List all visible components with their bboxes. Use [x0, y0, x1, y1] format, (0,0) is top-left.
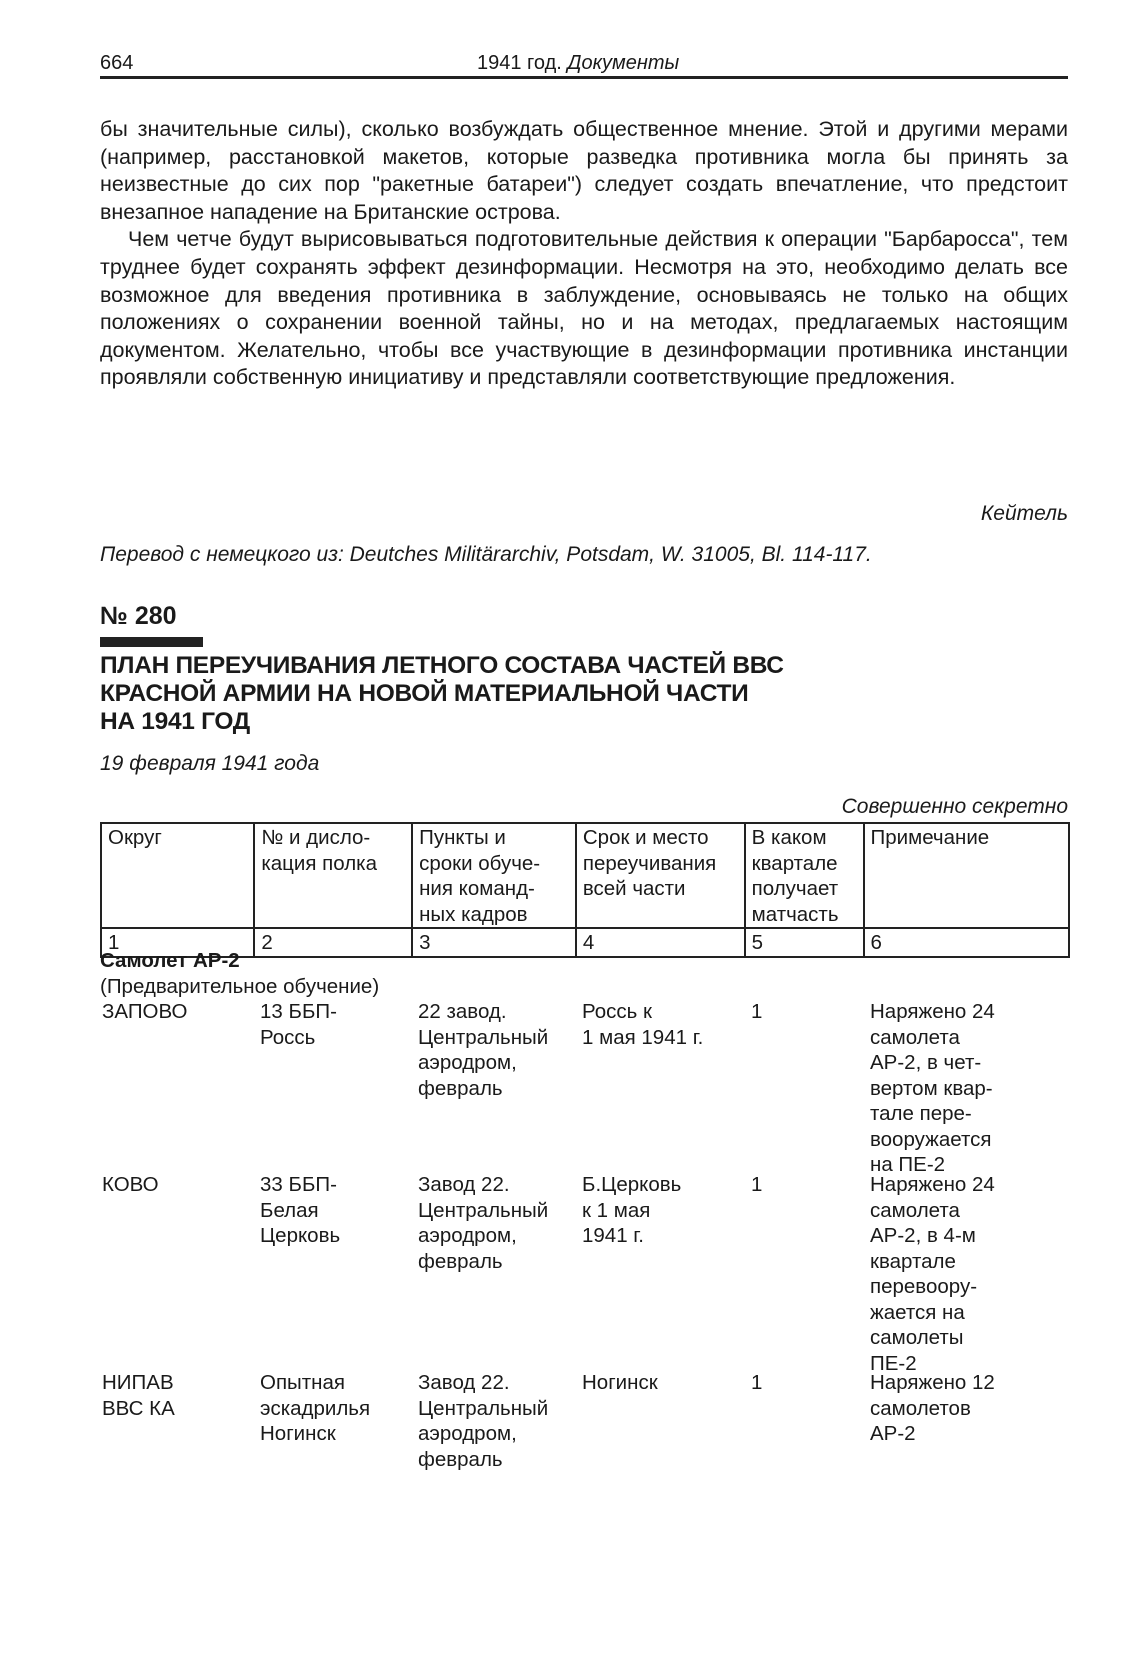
document-date: 19 февраля 1941 года	[100, 752, 319, 776]
cell-line: 33 ББП-	[260, 1172, 410, 1198]
table-cell: ЗАПОВО	[102, 999, 242, 1025]
header-line: матчасть	[752, 902, 858, 928]
header-line: Примечание	[871, 825, 1063, 851]
running-title-year: 1941 год.	[477, 52, 562, 74]
cell-line: квартале	[870, 1249, 1060, 1275]
classification-stamp: Совершенно секретно	[842, 795, 1068, 819]
table-cell: 33 ББП-БелаяЦерковь	[260, 1172, 410, 1249]
cell-line: 1	[751, 1370, 851, 1396]
cell-line: аэродром,	[418, 1421, 578, 1447]
cell-line: 1	[751, 999, 851, 1025]
cell-line: ЗАПОВО	[102, 999, 242, 1025]
table-cell: 1	[751, 1172, 851, 1198]
cell-line: аэродром,	[418, 1223, 578, 1249]
table-cell: НИПАВВВС КА	[102, 1370, 242, 1421]
table-cell: 1	[751, 1370, 851, 1396]
table-cell: Наряжено 24самолетаАР-2, в 4-мкварталепе…	[870, 1172, 1060, 1376]
document-title: ПЛАН ПЕРЕУЧИВАНИЯ ЛЕТНОГО СОСТАВА ЧАСТЕЙ…	[100, 652, 1000, 736]
cell-line: Белая	[260, 1198, 410, 1224]
table-section-header: Самолет АР-2 (Предварительное обучение)	[100, 948, 379, 999]
header-line: сроки обуче-	[419, 851, 570, 877]
table-cell: Ногинск	[582, 1370, 742, 1396]
cell-line: АР-2, в чет-	[870, 1050, 1060, 1076]
header-line: Срок и место	[583, 825, 739, 851]
header-line: Пункты и	[419, 825, 570, 851]
cell-line: самолета	[870, 1025, 1060, 1051]
header-line: № и дисло-	[261, 825, 406, 851]
document-number-bar	[100, 637, 203, 647]
cell-line: Центральный	[418, 1396, 578, 1422]
table-cell: Россь к1 мая 1941 г.	[582, 999, 742, 1050]
cell-line: февраль	[418, 1447, 578, 1473]
cell-line: тале пере-	[870, 1101, 1060, 1127]
cell-line: Ногинск	[260, 1421, 410, 1447]
cell-line: Завод 22.	[418, 1172, 578, 1198]
cell-line: к 1 мая	[582, 1198, 742, 1224]
cell-line: Наряжено 24	[870, 1172, 1060, 1198]
title-line: ПЛАН ПЕРЕУЧИВАНИЯ ЛЕТНОГО СОСТАВА ЧАСТЕЙ…	[100, 652, 1000, 680]
cell-line: Ногинск	[582, 1370, 742, 1396]
title-line: КРАСНОЙ АРМИИ НА НОВОЙ МАТЕРИАЛЬНОЙ ЧАСТ…	[100, 680, 1000, 708]
header-line: переучивания	[583, 851, 739, 877]
cell-line: эскадрилья	[260, 1396, 410, 1422]
title-line: НА 1941 ГОД	[100, 708, 1000, 736]
table-cell: ОпытнаяэскадрильяНогинск	[260, 1370, 410, 1447]
header-line: ных кадров	[419, 902, 570, 928]
cell-line: Церковь	[260, 1223, 410, 1249]
cell-line: НИПАВ	[102, 1370, 242, 1396]
column-header-3: Пункты исроки обуче-ния команд-ных кадро…	[412, 823, 576, 928]
table-cell: 1	[751, 999, 851, 1025]
cell-line: самолетов	[870, 1396, 1060, 1422]
section-title: Самолет АР-2	[100, 948, 379, 974]
cell-line: перевоору-	[870, 1274, 1060, 1300]
table-cell: 13 ББП-Россь	[260, 999, 410, 1050]
cell-line: АР-2, в 4-м	[870, 1223, 1060, 1249]
document-number: № 280	[100, 602, 177, 631]
header-line: Округ	[108, 825, 248, 851]
table-cell: Б.Церковьк 1 мая1941 г.	[582, 1172, 742, 1249]
source-note: Перевод с немецкого из: Deutches Militär…	[100, 543, 872, 567]
table-header-row: Округ№ и дисло-кация полкаПункты исроки …	[101, 823, 1069, 928]
paragraph-1: бы значительные силы), сколько возбуждат…	[100, 116, 1068, 226]
cell-line: Центральный	[418, 1198, 578, 1224]
header-line: В каком	[752, 825, 858, 851]
header-rule	[100, 76, 1068, 79]
column-header-4: Срок и местопереучиваниявсей части	[576, 823, 745, 928]
table-cell: Наряжено 24самолетаАР-2, в чет-вертом кв…	[870, 999, 1060, 1178]
cell-line: Опытная	[260, 1370, 410, 1396]
table-cell: Наряжено 12самолетовАР-2	[870, 1370, 1060, 1447]
table-cell: Завод 22.Центральныйаэродром,февраль	[418, 1370, 578, 1472]
header-line: квартале	[752, 851, 858, 877]
cell-line: 1 мая 1941 г.	[582, 1025, 742, 1051]
cell-line: 1	[751, 1172, 851, 1198]
cell-line: Россь	[260, 1025, 410, 1051]
cell-line: АР-2	[870, 1421, 1060, 1447]
cell-line: февраль	[418, 1076, 578, 1102]
cell-line: самолеты	[870, 1325, 1060, 1351]
cell-line: Б.Церковь	[582, 1172, 742, 1198]
column-header-1: Округ	[101, 823, 254, 928]
table-cell: КОВО	[102, 1172, 242, 1198]
cell-line: самолета	[870, 1198, 1060, 1224]
retraining-plan-table: Округ№ и дисло-кация полкаПункты исроки …	[100, 822, 1070, 958]
signature: Кейтель	[981, 502, 1068, 526]
cell-line: Россь к	[582, 999, 742, 1025]
cell-line: Центральный	[418, 1025, 578, 1051]
header-line: кация полка	[261, 851, 406, 877]
cell-line: 1941 г.	[582, 1223, 742, 1249]
cell-line: ВВС КА	[102, 1396, 242, 1422]
cell-line: 22 завод.	[418, 999, 578, 1025]
cell-line: февраль	[418, 1249, 578, 1275]
running-title-section: Документы	[567, 52, 679, 74]
header-line: получает	[752, 876, 858, 902]
table-cell: Завод 22.Центральныйаэродром,февраль	[418, 1172, 578, 1274]
cell-line: Наряжено 12	[870, 1370, 1060, 1396]
cell-line: КОВО	[102, 1172, 242, 1198]
section-subtitle: (Предварительное обучение)	[100, 974, 379, 1000]
header-line: ния команд-	[419, 876, 570, 902]
cell-line: вооружается	[870, 1127, 1060, 1153]
running-title: 1941 год. Документы	[477, 50, 679, 76]
column-number-5: 5	[745, 928, 864, 957]
cell-line: Завод 22.	[418, 1370, 578, 1396]
body-text: бы значительные силы), сколько возбуждат…	[100, 116, 1068, 392]
column-header-6: Примечание	[864, 823, 1069, 928]
cell-line: Наряжено 24	[870, 999, 1060, 1025]
paragraph-2: Чем четче будут вырисовываться подготови…	[100, 226, 1068, 392]
column-number-4: 4	[576, 928, 745, 957]
column-number-3: 3	[412, 928, 576, 957]
cell-line: 13 ББП-	[260, 999, 410, 1025]
column-header-5: В какомкварталеполучаетматчасть	[745, 823, 864, 928]
page-number: 664	[100, 50, 133, 76]
running-header: 664 1941 год. Документы	[100, 50, 1068, 76]
table-cell: 22 завод.Центральныйаэродром,февраль	[418, 999, 578, 1101]
column-number-6: 6	[864, 928, 1069, 957]
header-line: всей части	[583, 876, 739, 902]
cell-line: аэродром,	[418, 1050, 578, 1076]
cell-line: жается на	[870, 1300, 1060, 1326]
column-header-2: № и дисло-кация полка	[254, 823, 412, 928]
cell-line: вертом квар-	[870, 1076, 1060, 1102]
